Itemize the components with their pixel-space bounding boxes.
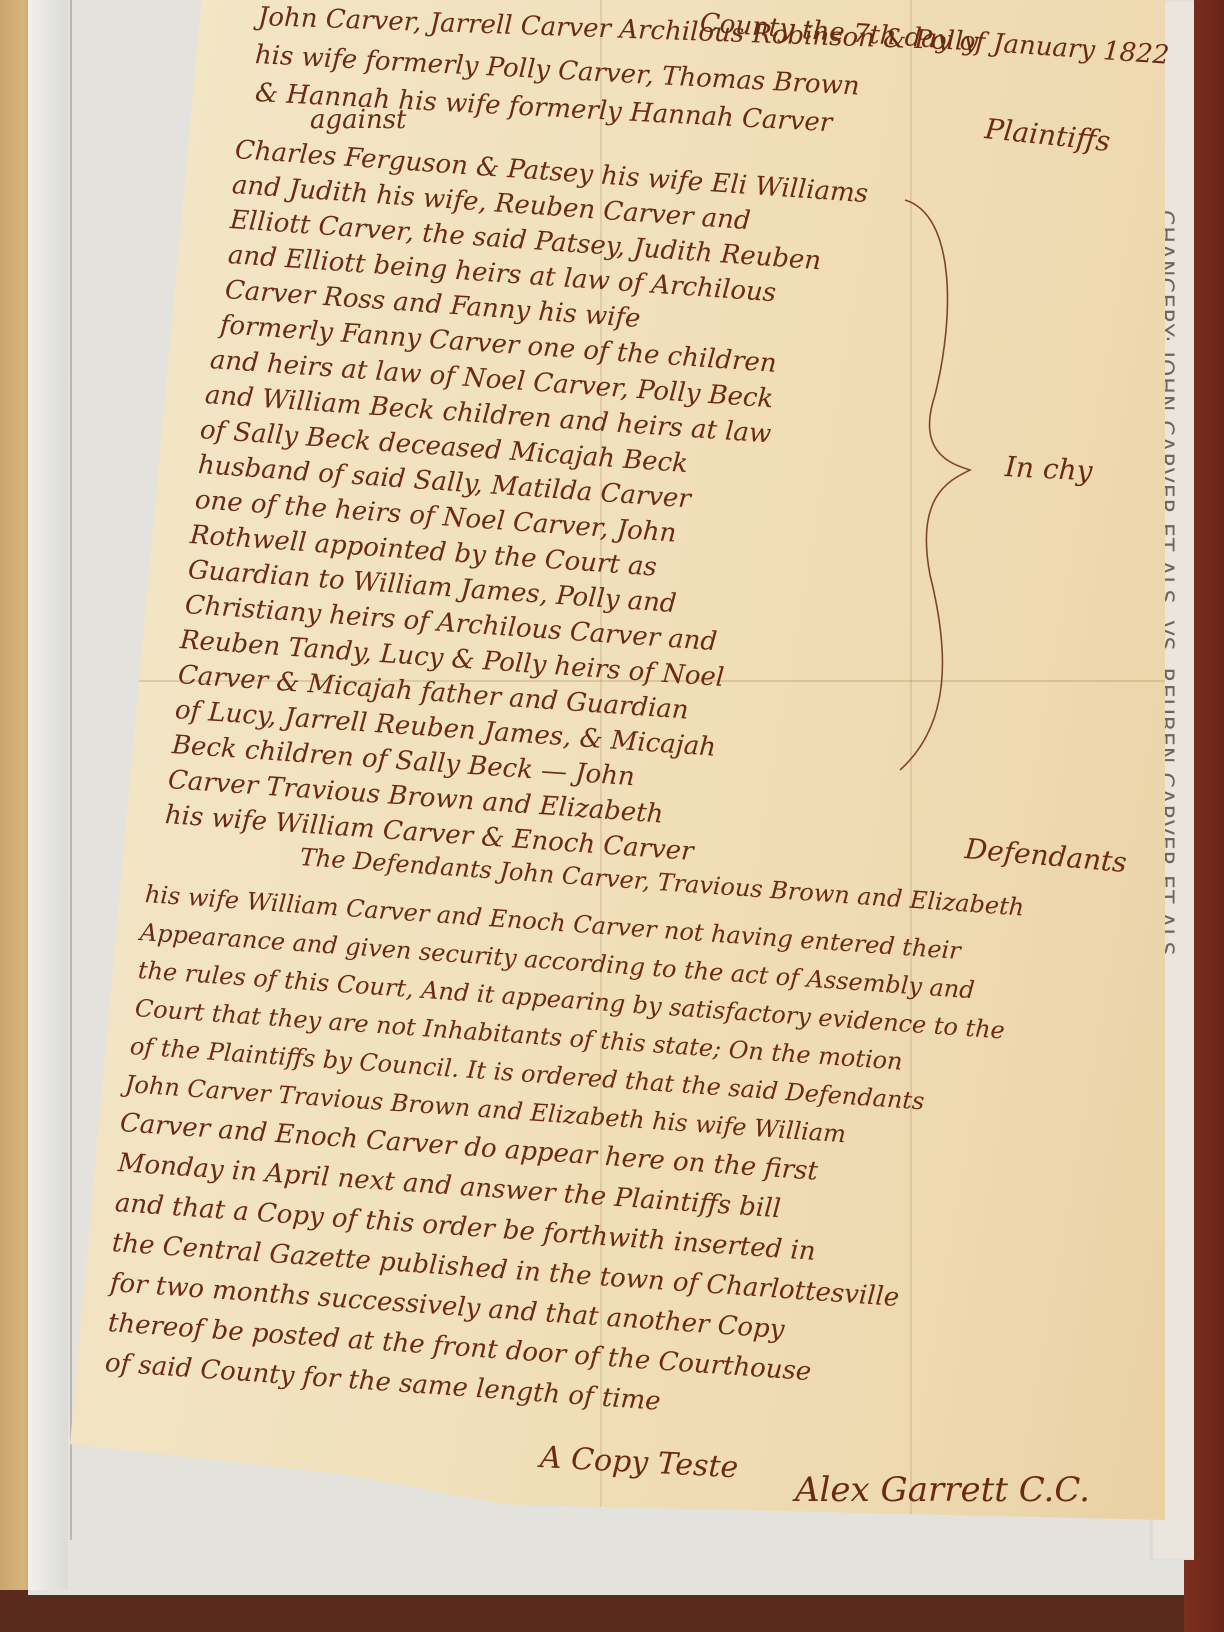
folder-crease	[70, 0, 72, 1540]
caption-against: against	[310, 105, 407, 135]
in-chancery-label: In chy	[1004, 450, 1093, 488]
folder-edge	[28, 0, 68, 1590]
curly-brace	[895, 195, 1005, 775]
clerk-signature: Alex Garrett C.C.	[795, 1470, 1090, 1510]
